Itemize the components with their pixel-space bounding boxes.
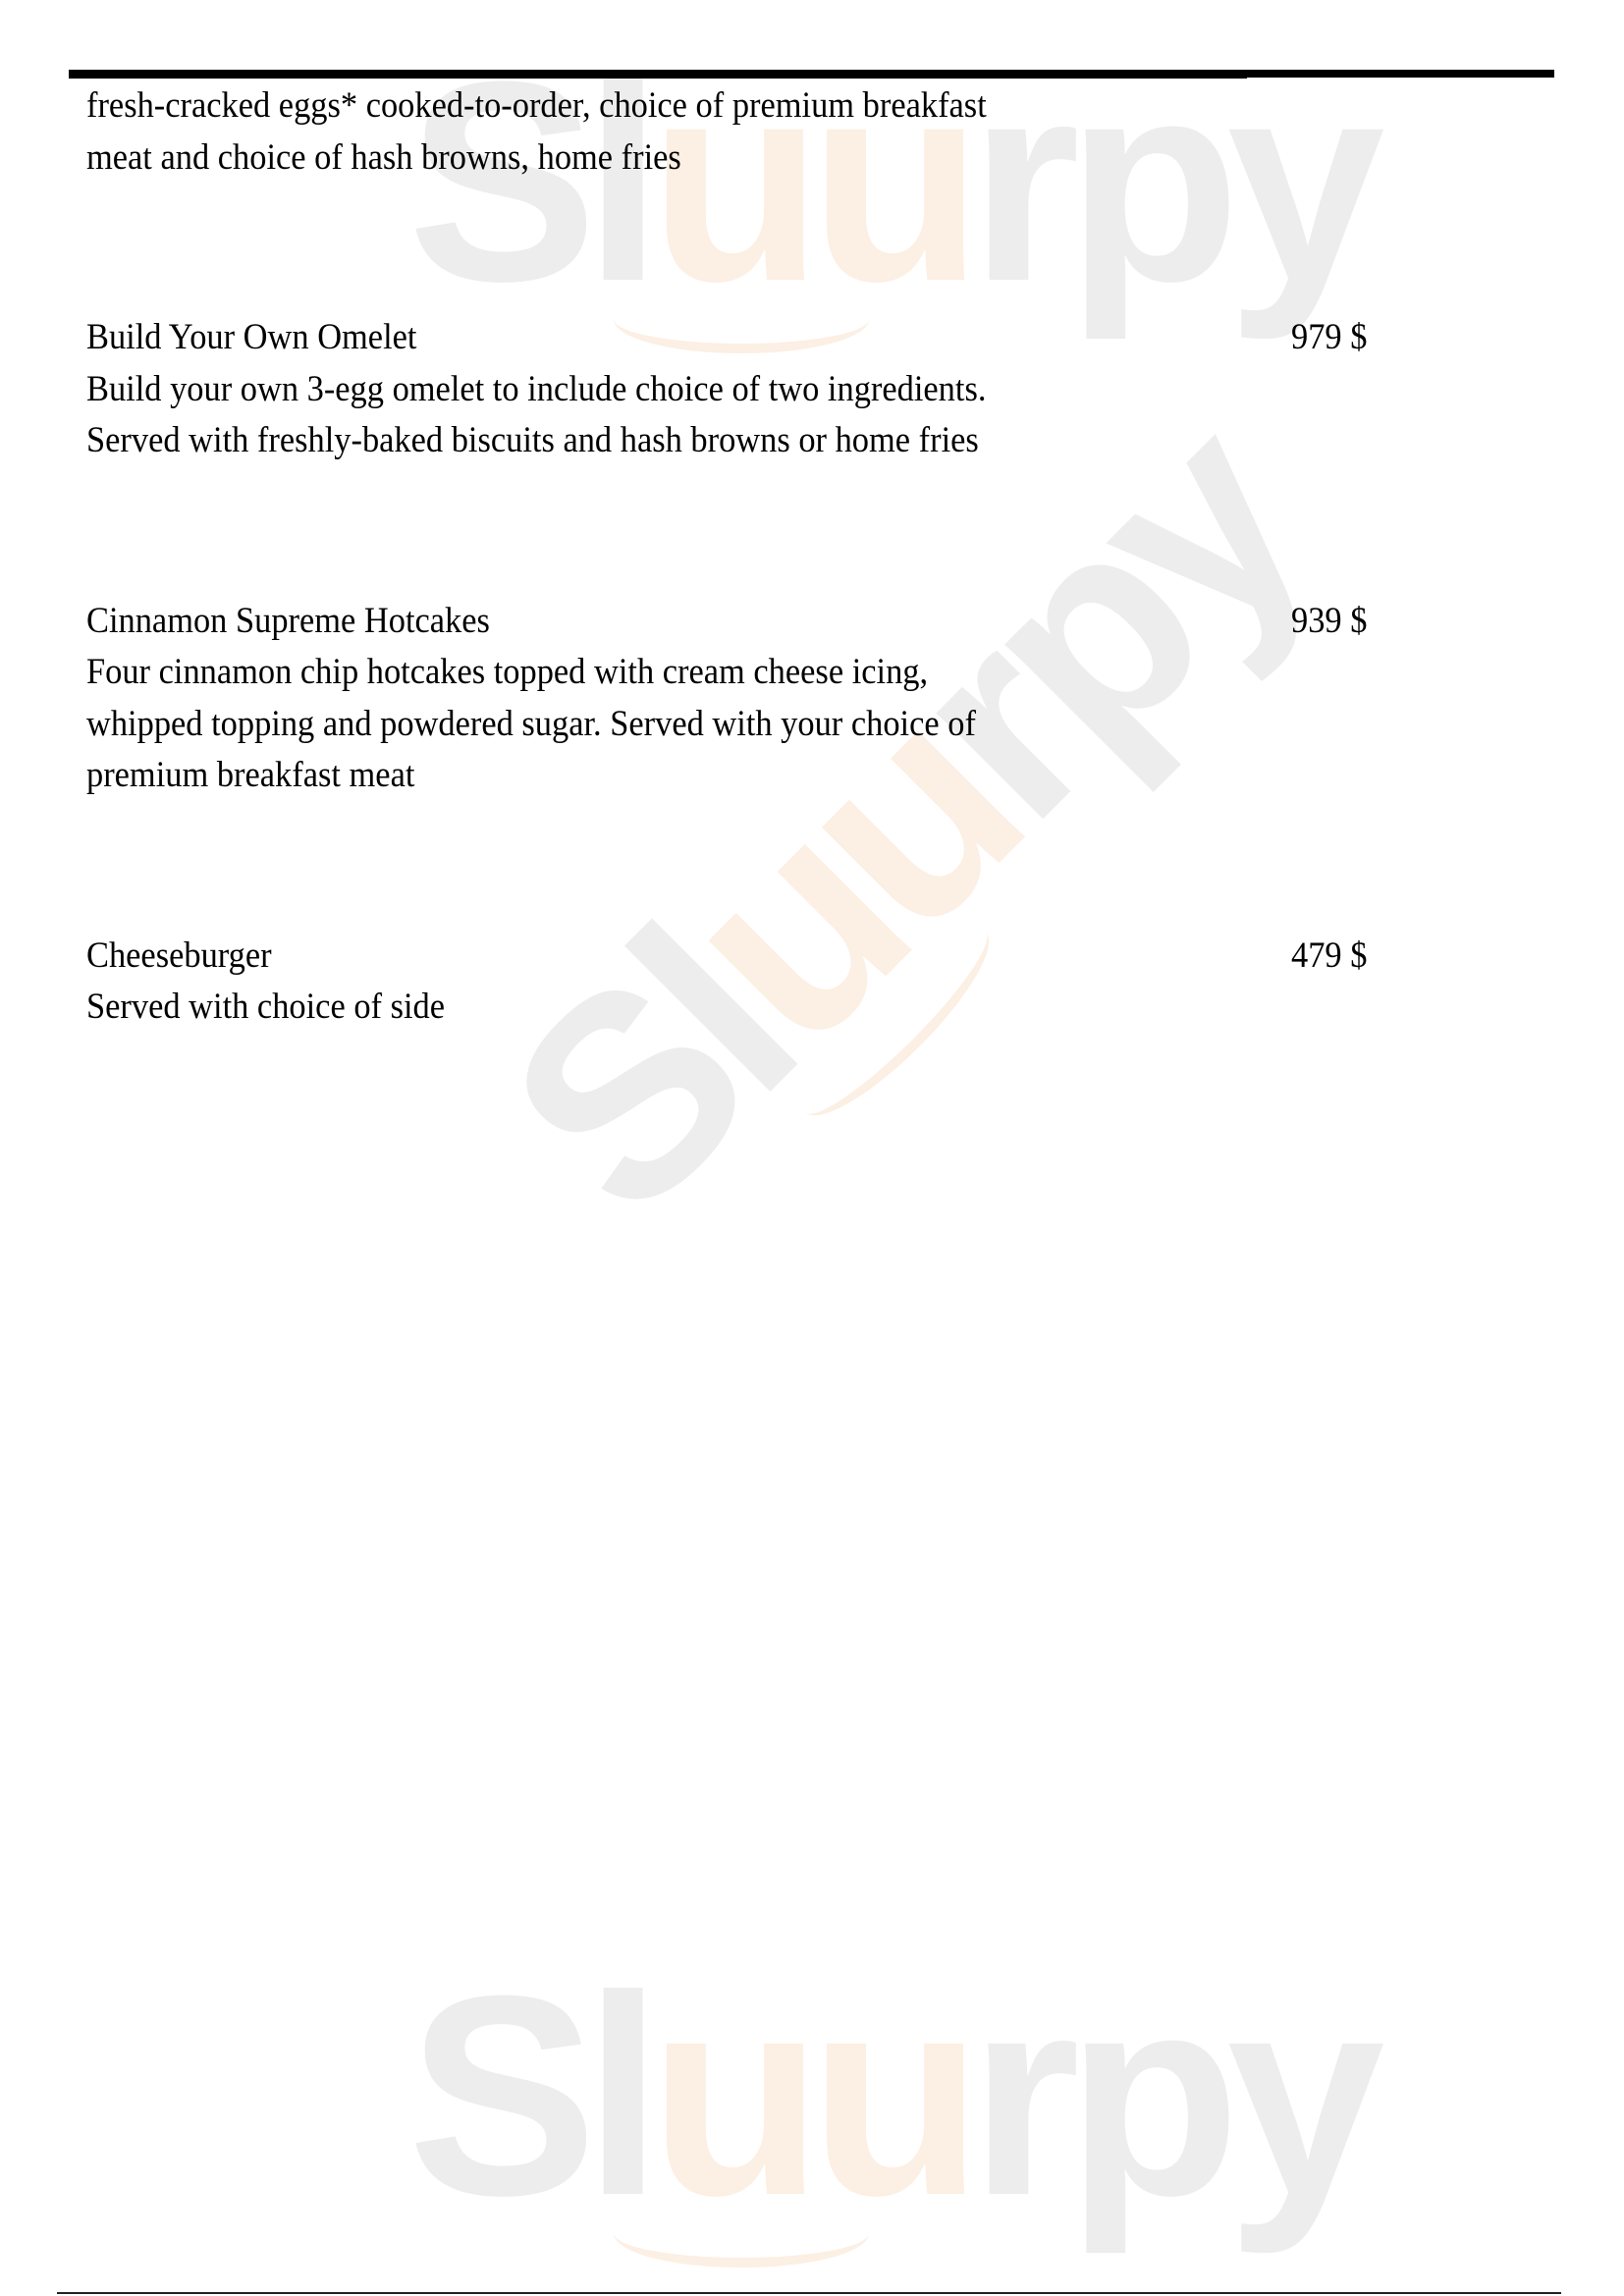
menu-item: Build Your Own Omelet 979 $ Build your o…: [86, 312, 1265, 467]
continued-description: fresh-cracked eggs* cooked-to-order, cho…: [86, 80, 1265, 184]
description-line: Served with choice of side: [86, 982, 1182, 1034]
watermark-swoosh-icon: [614, 2199, 869, 2268]
menu-item: Cinnamon Supreme Hotcakes 939 $ Four cin…: [86, 596, 1265, 802]
watermark-logo-bottom: Sluurpy: [407, 1953, 1372, 2238]
menu-item: Cheeseburger 479 $ Served with choice of…: [86, 931, 1265, 1034]
watermark-text: rpy: [969, 1937, 1371, 2255]
top-divider-extension: [1242, 70, 1554, 78]
bottom-divider: [57, 2292, 1561, 2294]
description-line: whipped topping and powdered sugar. Serv…: [86, 699, 1182, 751]
description-line: meat and choice of hash browns, home fri…: [86, 133, 1182, 185]
description-line: Served with freshly-baked biscuits and h…: [86, 415, 1182, 467]
top-divider: [69, 70, 1247, 79]
menu-item-price: 479 $: [1291, 931, 1367, 983]
description-line: Four cinnamon chip hotcakes topped with …: [86, 647, 1182, 699]
description-line: Build your own 3-egg omelet to include c…: [86, 364, 1182, 416]
menu-item-name: Build Your Own Omelet: [86, 312, 1182, 364]
menu-item-price: 939 $: [1291, 596, 1367, 648]
menu-item-price: 979 $: [1291, 312, 1367, 364]
menu-item-name: Cinnamon Supreme Hotcakes: [86, 596, 1182, 648]
description-line: premium breakfast meat: [86, 750, 1182, 802]
menu-item-name: Cheeseburger: [86, 931, 1182, 983]
description-line: fresh-cracked eggs* cooked-to-order, cho…: [86, 80, 1182, 133]
menu-page: fresh-cracked eggs* cooked-to-order, cho…: [86, 80, 1559, 1034]
